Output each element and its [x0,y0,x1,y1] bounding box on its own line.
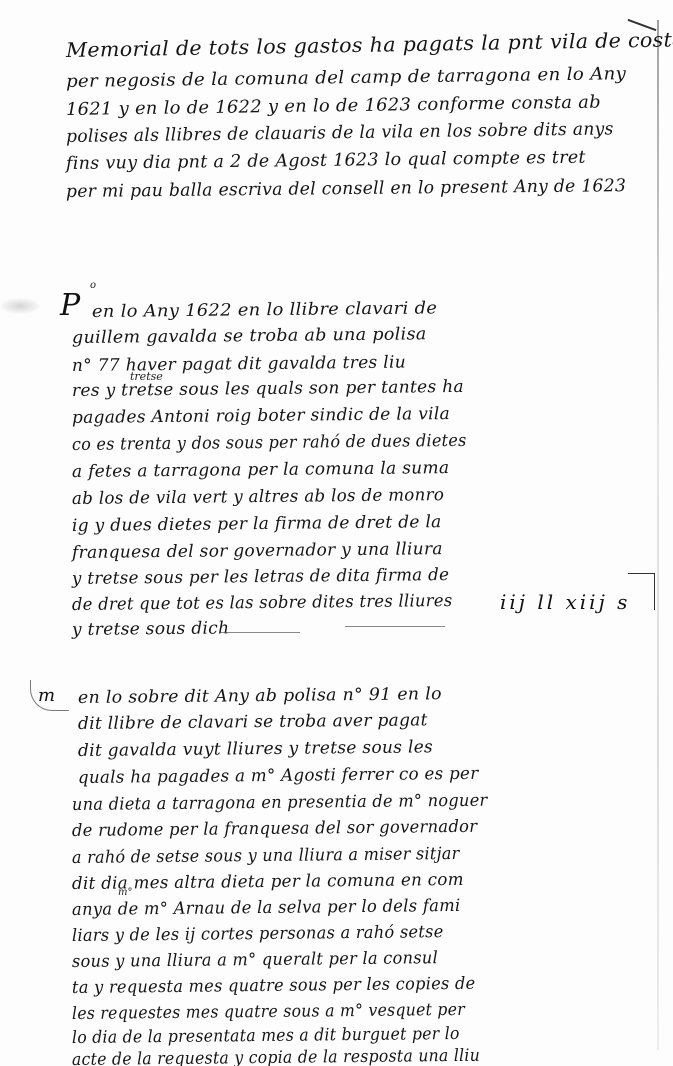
entry-line: ta y requesta mes quatre sous per les co… [72,974,476,998]
closing-rule [345,626,445,627]
manuscript-page: Memorial de tots los gastos ha pagats la… [0,0,673,1066]
entry-line: n° 77 haver pagat dit gavalda tres liu [72,353,406,376]
entry-line: anya de m° Arnau de la selva per lo dels… [72,896,461,920]
entry-initial-superscript: o [90,280,96,291]
entry-line: a rahó de setse sous y una lliura a mise… [72,844,460,868]
ink-smudge [0,298,40,314]
entry-line: co es trenta y dos sous per rahó de dues… [72,431,467,455]
entry-line: y tretse sous per les letras de dita fir… [72,565,449,589]
margin-total: iij ll xiij s [500,590,630,614]
entry-line: a fetes a tarragona per la comuna la sum… [72,458,450,482]
entry-line: ab los de vila vert y altres ab los de m… [72,485,444,509]
heading-line: 1621 y en lo de 1622 y en lo de 1623 con… [66,93,601,120]
entry-line: en lo Any 1622 en lo llibre clavari de [92,298,437,322]
margin-bracket [628,573,655,610]
entry-line: pagades Antoni roig boter sindic de la v… [72,404,450,428]
entry-line: acte de la requesta y copia de la respos… [72,1046,480,1066]
entry-line: una dieta a tarragona en presentia de m°… [72,791,488,815]
page-edge [657,20,659,1050]
entry-line: franquesa del sor governador y una lliur… [72,539,443,563]
entry-line: ig y dues dietes per la firma de dret de… [72,512,442,536]
entry-line: de dret que tot es las sobre dites tres … [72,591,453,615]
entry-line: dit gavalda vuyt lliures y tretse sous l… [78,737,433,761]
entry-line: en lo sobre dit Any ab polisa n° 91 en l… [78,684,442,708]
heading-line: per negosis de la comuna del camp de tar… [66,64,626,92]
entry-initial: P [60,288,80,323]
heading-line: polises als llibres de clauaris de la vi… [66,119,614,147]
entry-line: res y tretse sous les quals son per tant… [72,377,464,401]
entry-line: de rudome per la franquesa del sor gover… [72,817,478,841]
entry-line: lo dia de la presentata mes a dit burgue… [72,1024,460,1048]
heading-line: fins vuy dia pnt a 2 de Agost 1623 lo qu… [66,148,586,174]
interlinear-superscript: m° [118,887,132,898]
heading-line: Memorial de tots los gastos ha pagats la… [66,29,673,60]
heading-line: per mi pau balla escriva del consell en … [66,176,626,202]
entry-line: guillem gavalda se troba ab una polisa [72,324,427,348]
margin-mark: m [38,685,55,706]
entry-line: dit llibre de clavari se troba aver paga… [78,710,428,734]
entry-line: liars y de les ij cortes personas a rahó… [72,922,444,946]
entry-line: y tretse sous dich [72,618,229,640]
entry-line: quals ha pagades a m° Agosti ferrer co e… [78,764,479,788]
entry-line: sous y una lliura a m° queralt per la co… [72,948,438,972]
closing-rule [220,632,300,633]
entry-line: les requestes mes quatre sous a m° vesqu… [72,1000,465,1024]
